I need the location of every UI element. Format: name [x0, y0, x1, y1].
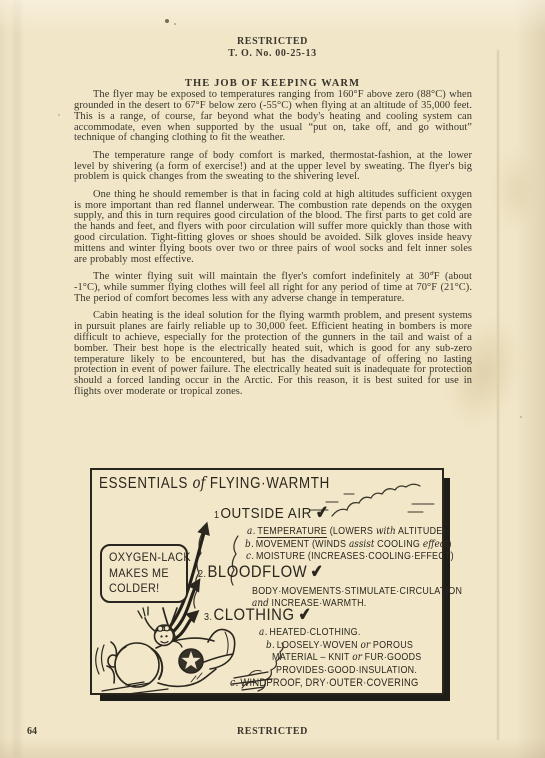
figure-bloodflow-desc: BODY·MOVEMENTS·STIMULATE·CIRCULATION — [252, 585, 462, 597]
paragraph: One thing he should remember is that in … — [74, 190, 472, 266]
pilot-eyes — [160, 635, 162, 637]
body-text: The flyer may be exposed to temperatures… — [74, 90, 472, 404]
figure-subitem-heated-clothing: a.HEATED·CLOTHING. — [259, 626, 361, 638]
figure-item-outside-air: 1OUTSIDE AIR✔ — [214, 503, 329, 523]
goggles — [158, 626, 163, 631]
ink-bleedthrough — [495, 150, 535, 230]
item-number: 3. — [204, 612, 213, 623]
paragraph: The temperature range of body comfort is… — [74, 151, 472, 184]
check-icon: ✔ — [310, 561, 325, 582]
item-number: 1 — [214, 510, 220, 521]
speech-bubble: OXYGEN-LACK MAKES ME COLDER! — [100, 544, 188, 603]
footer-classification: RESTRICTED — [0, 726, 545, 737]
figure-subitem-porous-material: MATERIAL – KNIT or FUR·GOODS — [272, 651, 422, 663]
scan-edge-streak — [12, 0, 21, 758]
check-icon: ✔ — [315, 502, 330, 523]
figure-subitem-windproof: c.WINDPROOF, DRY·OUTER·COVERING — [230, 676, 419, 689]
pilot-scarf — [173, 641, 182, 647]
figure-subitem-porous-material: b.LOOSELY·WOVEN or POROUS — [266, 639, 413, 651]
item-label: CLOTHING — [213, 606, 294, 624]
figure-subitem-temperature: a.TEMPERATURE (LOWERS with ALTITUDE) — [247, 525, 446, 537]
speech-bubble-line: MAKES ME — [109, 566, 176, 582]
ink-speck — [165, 19, 169, 23]
tail-fin — [208, 629, 235, 654]
header-classification: RESTRICTED — [0, 36, 545, 48]
item-label: OUTSIDE AIR — [220, 505, 311, 522]
figure-subitem-porous-material: PROVIDES·GOOD·INSULATION. — [276, 664, 417, 676]
paragraph: Cabin heating is the ideal solution for … — [74, 311, 472, 398]
header-to-number: T. O. No. 00-25-13 — [0, 48, 545, 60]
ink-speck — [58, 114, 60, 116]
figure-subitem-movement: b.MOVEMENT (WINDS assist COOLING effect) — [245, 538, 452, 550]
tailplane — [204, 654, 233, 669]
paragraph: The flyer may be exposed to temperatures… — [74, 90, 472, 144]
figure-title: ESSENTIALS of FLYING·WARMTH — [99, 474, 330, 493]
item-number: 2. — [198, 569, 207, 580]
figure-item-bloodflow: 2.BLOODFLOW✔ — [198, 562, 324, 582]
pilot-arm — [145, 618, 156, 632]
check-icon: ✔ — [297, 604, 312, 625]
figure-item-clothing: 3.CLOTHING✔ — [204, 605, 312, 625]
pilot-hand — [138, 607, 148, 618]
item-label: BLOODFLOW — [207, 563, 307, 581]
propeller-motion-lines — [96, 645, 104, 674]
speech-bubble-line: OXYGEN-LACK — [109, 550, 176, 566]
page-header: RESTRICTED T. O. No. 00-25-13 — [0, 36, 545, 59]
paragraph: The winter flying suit will maintain the… — [74, 272, 472, 305]
ink-speck — [174, 23, 176, 25]
page-title: THE JOB OF KEEPING WARM — [0, 78, 545, 89]
figure-subitem-moisture: c.MOISTURE (INCREASES·COOLING·EFFECT) — [246, 550, 454, 562]
page-crease-line — [497, 50, 499, 740]
figure-essentials-of-flying-warmth: ESSENTIALS of FLYING·WARMTH 1OUTSIDE AIR… — [90, 468, 444, 695]
ink-speck — [520, 416, 522, 418]
speech-bubble-line: COLDER! — [109, 581, 176, 597]
scanned-document-page: RESTRICTED T. O. No. 00-25-13 THE JOB OF… — [0, 0, 545, 758]
